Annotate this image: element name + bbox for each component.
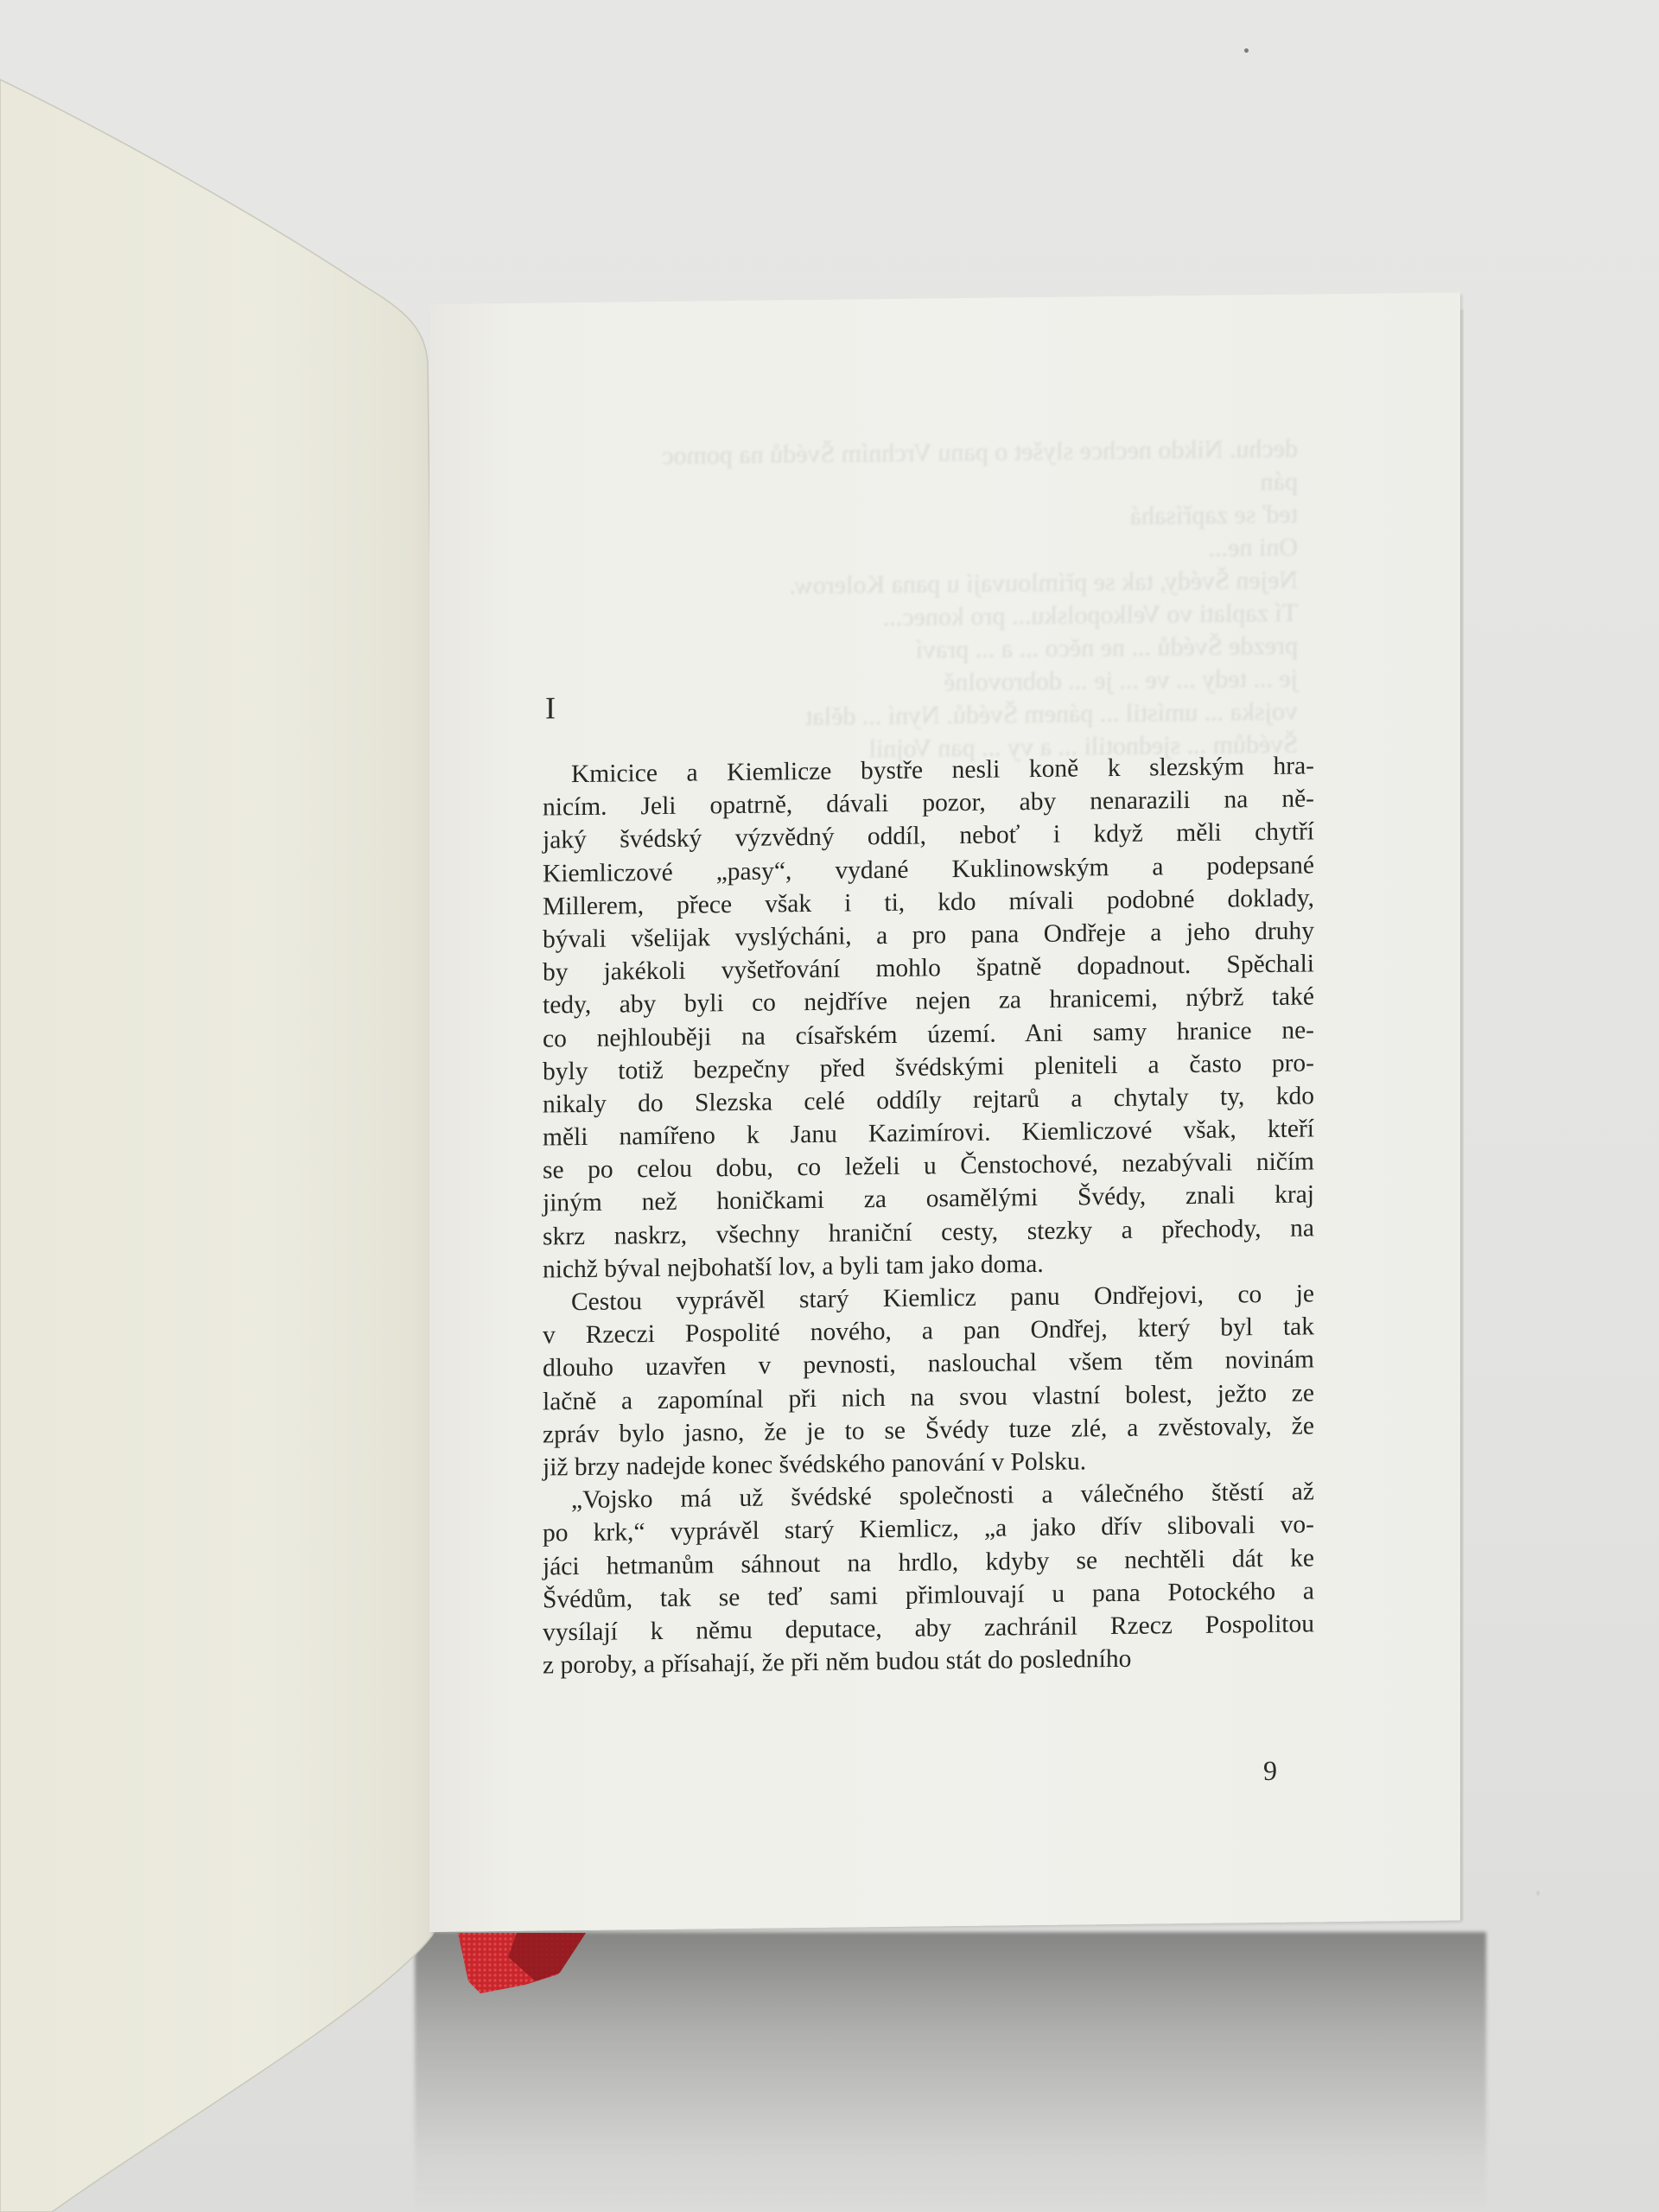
body-text: Kmicice a Kiemlicze bystře nesli koně k … — [543, 749, 1314, 1681]
paragraph: Kmicice a Kiemlicze bystře nesli koně k … — [543, 749, 1314, 1286]
paragraph: Cestou vyprávěl starý Kiemlicz panu Ondř… — [543, 1277, 1314, 1484]
left-page-curl — [0, 0, 484, 2212]
book-photo-scene: dechu. Nikdo nechce slyšet o panu Vrchní… — [0, 0, 1659, 2212]
dust-speck — [1244, 48, 1249, 53]
chapter-number: I — [545, 690, 556, 726]
dust-speck — [1536, 1891, 1540, 1896]
show-through-text: dechu. Nikdo nechce slyšet o panu Vrchní… — [503, 433, 1298, 770]
bookmark-ribbon — [456, 1931, 612, 2000]
ribbon-icon — [456, 1931, 612, 2000]
paragraph: „Vojsko má už švédské společnosti a vále… — [543, 1476, 1314, 1682]
page-number: 9 — [1263, 1755, 1277, 1787]
right-page: dechu. Nikdo nechce slyšet o panu Vrchní… — [429, 292, 1460, 1932]
left-page-shape — [0, 0, 484, 2212]
